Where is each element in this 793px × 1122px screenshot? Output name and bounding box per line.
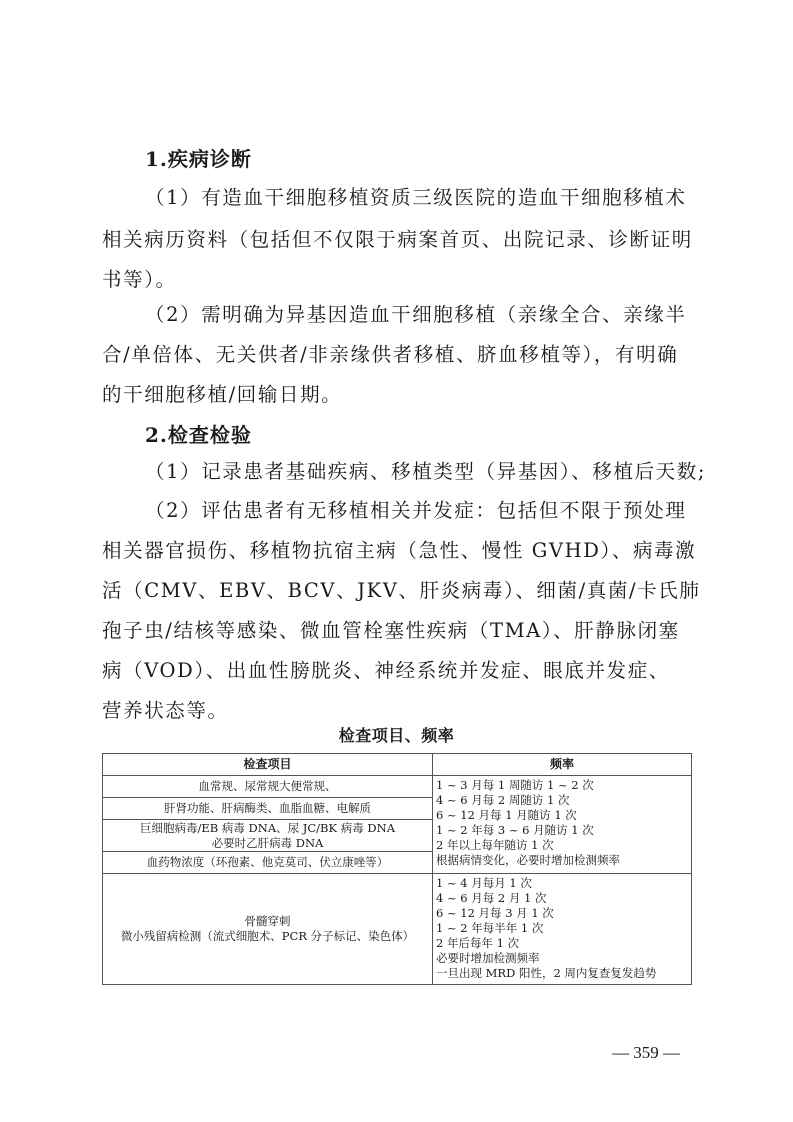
frequency-table: 检查项目 频率 血常规、尿常规大便常规、 1 ~ 3 月每 1 周随访 1 ~ … bbox=[102, 753, 692, 985]
item-line: 巨细胞病毒/EB 病毒 DNA、尿 JC/BK 病毒 DNA bbox=[106, 821, 429, 836]
paragraph-line: 相关器官损伤、移植物抗宿主病（急性、慢性 GVHD）、病毒激 bbox=[102, 539, 692, 563]
item-line: 微小残留病检测（流式细胞术、PCR 分子标记、染色体） bbox=[106, 929, 429, 944]
paragraph-line: 的干细胞移植/回输日期。 bbox=[102, 383, 692, 407]
frequency-line: 1 ~ 4 月每月 1 次 bbox=[436, 876, 688, 891]
column-header-item: 检查项目 bbox=[103, 754, 433, 776]
paragraph-line: 病（VOD）、出血性膀胱炎、神经系统并发症、眼底并发症、 bbox=[102, 659, 692, 683]
frequency-line: 1 ~ 2 年每 3 ~ 6 月随访 1 次 bbox=[436, 823, 688, 838]
paragraph-line: （1）记录患者基础疾病、移植类型（异基因）、移植后天数; bbox=[145, 460, 692, 484]
item-line: 必要时乙肝病毒 DNA bbox=[106, 836, 429, 851]
paragraph-line: （1）有造血干细胞移植资质三级医院的造血干细胞移植术 bbox=[145, 186, 692, 210]
table-row: 血常规、尿常规大便常规、 1 ~ 3 月每 1 周随访 1 ~ 2 次 4 ~ … bbox=[103, 776, 692, 798]
section-heading-diagnosis: 1.疾病诊断 bbox=[145, 147, 252, 171]
table-cell-item: 巨细胞病毒/EB 病毒 DNA、尿 JC/BK 病毒 DNA 必要时乙肝病毒 D… bbox=[103, 820, 433, 852]
frequency-line: 6 ~ 12 月每 1 月随访 1 次 bbox=[436, 808, 688, 823]
frequency-line: 2 年以上每年随访 1 次 bbox=[436, 838, 688, 853]
paragraph-line: 营养状态等。 bbox=[102, 699, 692, 723]
frequency-line: 根据病情变化，必要时增加检测频率 bbox=[436, 853, 688, 868]
item-line: 骨髓穿刺 bbox=[106, 914, 429, 929]
table-row: 骨髓穿刺 微小残留病检测（流式细胞术、PCR 分子标记、染色体） 1 ~ 4 月… bbox=[103, 874, 692, 985]
table-cell-item: 血常规、尿常规大便常规、 bbox=[103, 776, 433, 798]
table-cell-item: 骨髓穿刺 微小残留病检测（流式细胞术、PCR 分子标记、染色体） bbox=[103, 874, 433, 985]
paragraph-line: 书等）。 bbox=[102, 268, 692, 292]
frequency-line: 2 年后每年 1 次 bbox=[436, 936, 688, 951]
frequency-line: 1 ~ 2 年每半年 1 次 bbox=[436, 921, 688, 936]
frequency-line: 1 ~ 3 月每 1 周随访 1 ~ 2 次 bbox=[436, 778, 688, 793]
table-cell-frequency: 1 ~ 3 月每 1 周随访 1 ~ 2 次 4 ~ 6 月每 2 周随访 1 … bbox=[433, 776, 692, 874]
frequency-line: 必要时增加检测频率 bbox=[436, 951, 688, 966]
frequency-line: 一旦出现 MRD 阳性，2 周内复查复发趋势 bbox=[436, 966, 688, 981]
paragraph-line: 孢子虫/结核等感染、微血管栓塞性疾病（TMA）、肝静脉闭塞 bbox=[102, 619, 692, 643]
table-title: 检查项目、频率 bbox=[0, 726, 793, 746]
paragraph-line: （2）评估患者有无移植相关并发症：包括但不限于预处理 bbox=[145, 499, 692, 523]
page-number: — 359 — bbox=[612, 1043, 680, 1063]
frequency-line: 6 ~ 12 月每 3 月 1 次 bbox=[436, 906, 688, 921]
table-cell-item: 肝肾功能、肝病酶类、血脂血糖、电解质 bbox=[103, 798, 433, 820]
table-header-row: 检查项目 频率 bbox=[103, 754, 692, 776]
paragraph-line: 合/单倍体、无关供者/非亲缘供者移植、脐血移植等），有明确 bbox=[102, 343, 692, 367]
frequency-line: 4 ~ 6 月每 2 周随访 1 次 bbox=[436, 793, 688, 808]
paragraph-line: （2）需明确为异基因造血干细胞移植（亲缘全合、亲缘半 bbox=[145, 303, 692, 327]
section-heading-examination: 2.检查检验 bbox=[145, 423, 252, 447]
frequency-line: 4 ~ 6 月每 2 月 1 次 bbox=[436, 891, 688, 906]
paragraph-line: 活（CMV、EBV、BCV、JKV、肝炎病毒）、细菌/真菌/卡氏肺 bbox=[102, 579, 692, 603]
table-cell-frequency: 1 ~ 4 月每月 1 次 4 ~ 6 月每 2 月 1 次 6 ~ 12 月每… bbox=[433, 874, 692, 985]
paragraph-line: 相关病历资料（包括但不仅限于病案首页、出院记录、诊断证明 bbox=[102, 228, 692, 252]
column-header-frequency: 频率 bbox=[433, 754, 692, 776]
table-cell-item: 血药物浓度（环孢素、他克莫司、伏立康唑等） bbox=[103, 852, 433, 874]
